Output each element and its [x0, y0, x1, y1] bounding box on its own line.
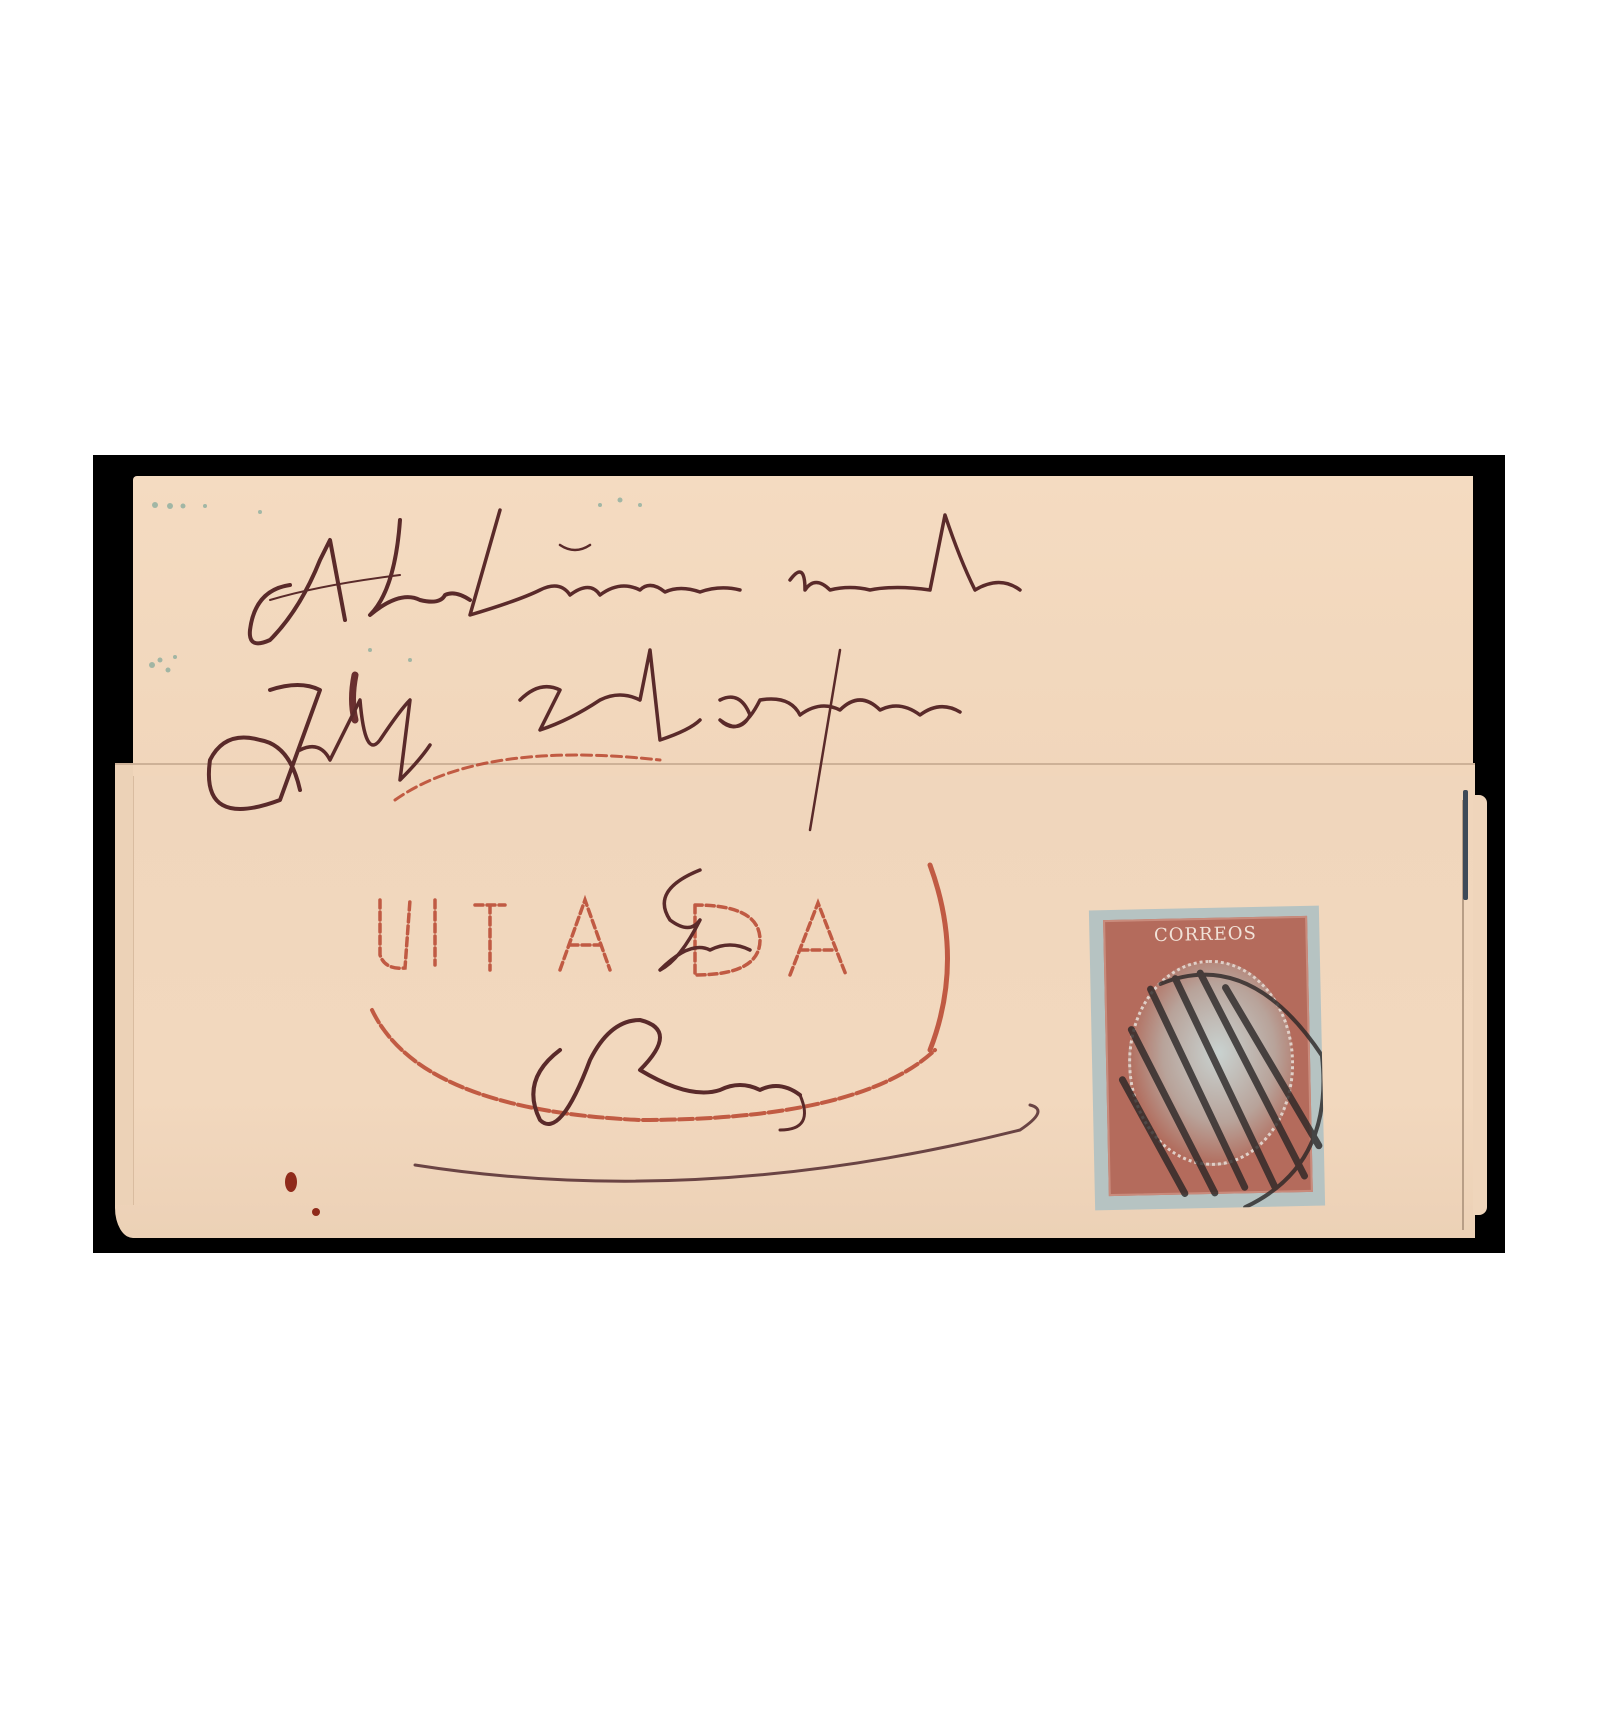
- red-ink-dots: [285, 1172, 320, 1216]
- postage-stamp: CORREOS: [1089, 906, 1325, 1211]
- green-ink-specks: [149, 498, 642, 673]
- handwriting-layer: [0, 0, 1600, 1710]
- barred-cancellation: [1089, 906, 1325, 1211]
- address-handwriting: [209, 510, 1038, 1181]
- red-oval-postmark: [372, 755, 948, 1120]
